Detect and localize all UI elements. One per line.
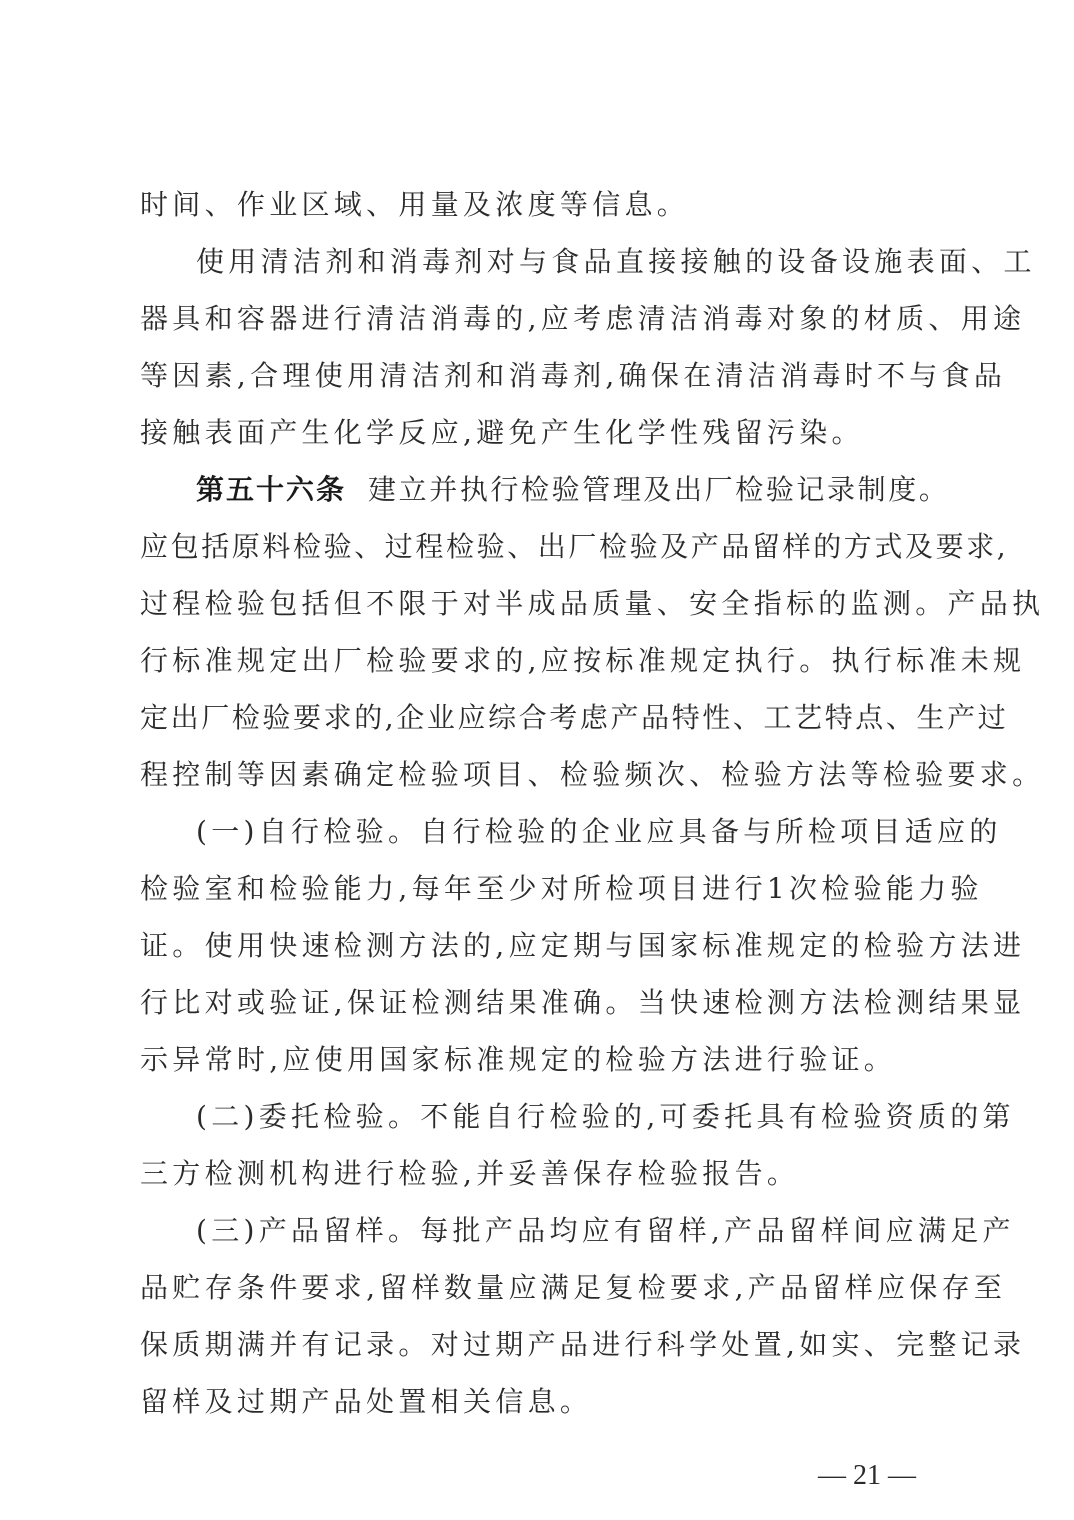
text-line: 过程检验包括但不限于对半成品质量、安全指标的监测。产品执 bbox=[140, 584, 940, 624]
text-line: 行比对或验证,保证检测结果准确。当快速检测方法检测结果显 bbox=[140, 983, 940, 1023]
text-line: 三方检测机构进行检验,并妥善保存检验报告。 bbox=[140, 1154, 940, 1194]
paragraph-start: (二)委托检验。不能自行检验的,可委托具有检验资质的第 bbox=[196, 1097, 940, 1137]
text-line: 器具和容器进行清洁消毒的,应考虑清洁消毒对象的材质、用途 bbox=[140, 299, 940, 339]
text-line: 行标准规定出厂检验要求的,应按标准规定执行。执行标准未规 bbox=[140, 641, 940, 681]
paragraph-start: (三)产品留样。每批产品均应有留样,产品留样间应满足产 bbox=[196, 1211, 940, 1251]
text-line: 证。使用快速检测方法的,应定期与国家标准规定的检验方法进 bbox=[140, 926, 940, 966]
text-line: 时间、作业区域、用量及浓度等信息。 bbox=[140, 185, 940, 225]
paragraph-start: (一)自行检验。自行检验的企业应具备与所检项目适应的 bbox=[196, 812, 940, 852]
article-text: 建立并执行检验管理及出厂检验记录制度。 bbox=[368, 473, 949, 506]
text-line: 程控制等因素确定检验项目、检验频次、检验方法等检验要求。 bbox=[140, 755, 940, 795]
text-line: 应包括原料检验、过程检验、出厂检验及产品留样的方式及要求, bbox=[140, 527, 940, 567]
text-line: 保质期满并有记录。对过期产品进行科学处置,如实、完整记录 bbox=[140, 1325, 940, 1365]
paragraph-start: 使用清洁剂和消毒剂对与食品直接接触的设备设施表面、工 bbox=[196, 242, 940, 282]
text-line: 等因素,合理使用清洁剂和消毒剂,确保在清洁消毒时不与食品 bbox=[140, 356, 940, 396]
text-line: 接触表面产生化学反应,避免产生化学性残留污染。 bbox=[140, 413, 940, 453]
text-line: 品贮存条件要求,留样数量应满足复检要求,产品留样应保存至 bbox=[140, 1268, 940, 1308]
document-page: 时间、作业区域、用量及浓度等信息。 使用清洁剂和消毒剂对与食品直接接触的设备设施… bbox=[0, 0, 1074, 1520]
article-number: 第五十六条 bbox=[196, 473, 346, 506]
page-number: — 21 — bbox=[818, 1460, 916, 1492]
text-line: 检验室和检验能力,每年至少对所检项目进行1次检验能力验 bbox=[140, 869, 940, 909]
article-56-heading-line: 第五十六条建立并执行检验管理及出厂检验记录制度。 bbox=[196, 470, 940, 510]
text-line: 留样及过期产品处置相关信息。 bbox=[140, 1382, 940, 1422]
text-line: 定出厂检验要求的,企业应综合考虑产品特性、工艺特点、生产过 bbox=[140, 698, 940, 738]
text-line: 示异常时,应使用国家标准规定的检验方法进行验证。 bbox=[140, 1040, 940, 1080]
